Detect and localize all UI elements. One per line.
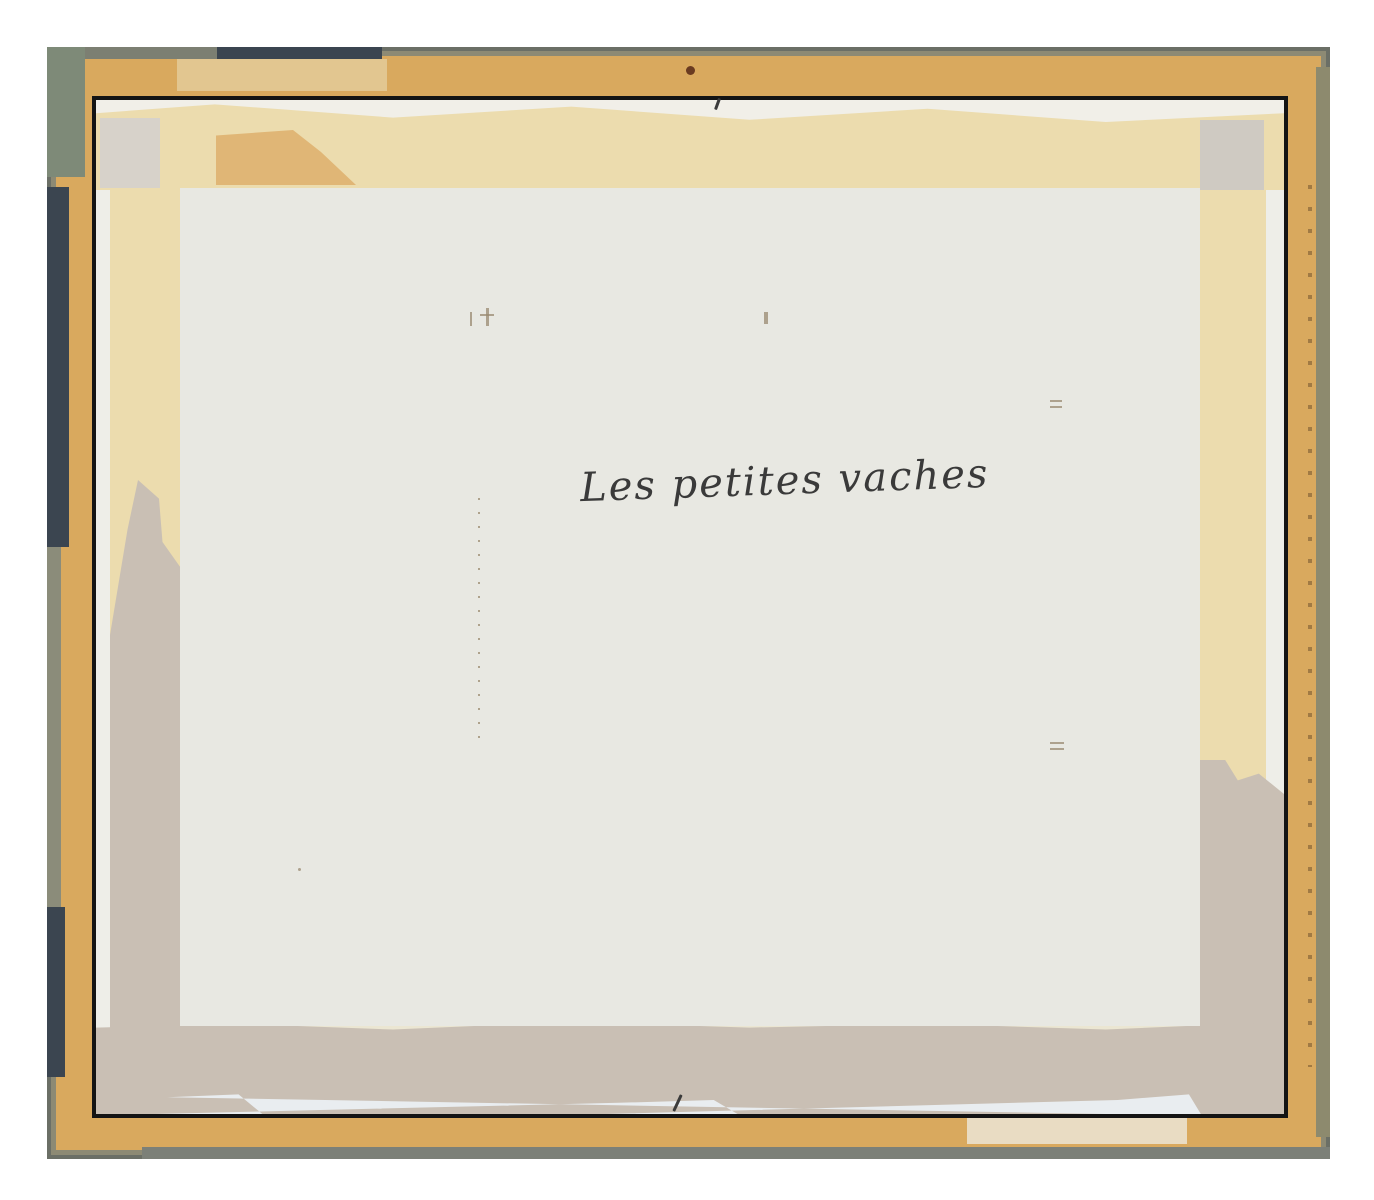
- frame-dark-left-bottom: [47, 907, 65, 1077]
- frame-dark-top: [217, 47, 382, 59]
- frame-patina-left: [47, 47, 85, 177]
- speck: [298, 868, 301, 871]
- pencil-mark: [1050, 406, 1062, 408]
- pencil-mark: [486, 308, 489, 326]
- hanger-hole: [686, 66, 695, 75]
- tape-left-worn: [110, 480, 180, 1100]
- pencil-mark: [1050, 742, 1064, 744]
- frame-patina-bottom: [142, 1147, 1330, 1159]
- pencil-dot-column: [478, 498, 480, 738]
- tape-top-gray: [100, 118, 160, 188]
- pencil-mark: [470, 312, 472, 326]
- pencil-mark: [480, 314, 494, 316]
- frame-specks-right: [1308, 167, 1312, 1067]
- frame-patina-left-lower: [47, 547, 61, 907]
- frame-dark-left: [47, 187, 69, 547]
- handwritten-title-inscription: Les petites vaches: [579, 451, 990, 511]
- paper-sheet: Les petites vaches: [180, 188, 1200, 1026]
- frame-patina-right: [1316, 67, 1330, 1137]
- pencil-mark: [1050, 748, 1064, 750]
- pencil-mark: [1050, 400, 1062, 402]
- pencil-mark: [764, 312, 768, 324]
- frame-light-patch-top: [177, 59, 387, 91]
- backing-board: Les petites vaches: [96, 100, 1284, 1114]
- tape-top-right-gray: [1200, 120, 1264, 190]
- tape-left-white-edge: [96, 190, 110, 1090]
